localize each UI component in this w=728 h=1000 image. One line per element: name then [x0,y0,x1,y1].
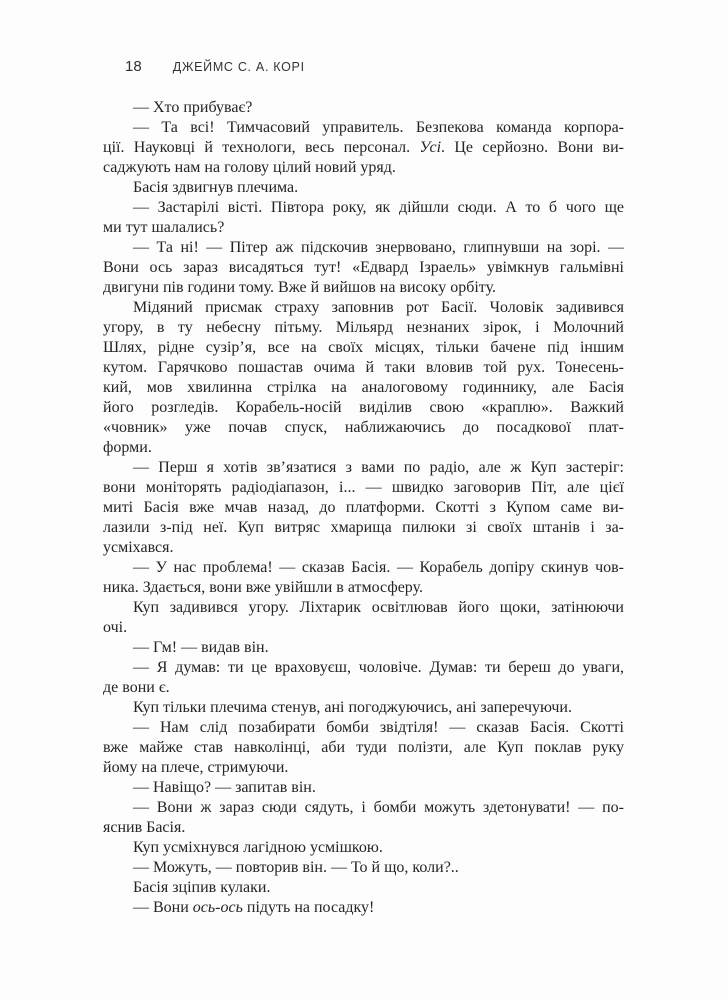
running-head-author: ДЖЕЙМС С. А. КОРІ [173,60,305,74]
page-body: — Хто прибуває?— Та всі! Тимчасовий упра… [103,98,624,918]
text-line: усміхався. [103,538,624,558]
text-line: — У нас проблема! — сказав Басія. — Кора… [103,558,624,578]
text-line: — Перш я хотів зв’язатися з вами по раді… [103,458,624,478]
text-line: — Вони ж зараз сюди сядуть, і бомби можу… [103,798,624,818]
text-line: очі. [103,618,624,638]
text-line: вже майже став навколінці, аби туди полі… [103,738,624,758]
text-line: — Та всі! Тимчасовий управитель. Безпеко… [103,118,624,138]
text-line: Куп задивився угору. Ліхтарик освітлював… [103,598,624,618]
text-line: ції. Науковці й технологи, весь персонал… [103,138,624,158]
text-line: — Я думав: ти це враховуєш, чоловіче. Ду… [103,658,624,678]
text-line: ника. Здається, вони вже увійшли в атмос… [103,578,624,598]
text-line: «човник» уже почав спуск, наближаючись д… [103,418,624,438]
text-line: його розгледів. Корабель-носій виділив с… [103,398,624,418]
text-line: — Нам слід позабирати бомби звідтіля! — … [103,718,624,738]
text-line: — Гм! — видав він. [103,638,624,658]
text-line: кий, мов хвилинна стрілка на аналоговому… [103,378,624,398]
text-line: — Вони ось-ось підуть на посадку! [103,898,624,918]
text-line: — Можуть, — повторив він. — То й що, кол… [103,858,624,878]
text-line: саджують нам на голову цілий новий уряд. [103,158,624,178]
text-line: йому на плече, стримуючи. [103,758,624,778]
text-line: двигуни пів години тому. Вже й вийшов на… [103,278,624,298]
text-line: угору, в ту небесну пітьму. Мільярд незн… [103,318,624,338]
page-header: 18 ДЖЕЙМС С. А. КОРІ [125,59,645,77]
text-line: вони моніторять радіодіапазон, і... — шв… [103,478,624,498]
text-line: Басія зціпив кулаки. [103,878,624,898]
text-line: Куп усміхнувся лагідною усмішкою. [103,838,624,858]
text-line: — Навіщо? — запитав він. [103,778,624,798]
text-line: де вони є. [103,678,624,698]
text-line: — Та ні! — Пітер аж підскочив знервовано… [103,238,624,258]
page-number: 18 [125,59,142,75]
text-line: кутом. Гарячково пошастав очима й таки в… [103,358,624,378]
text-line: миті Басія вже мчав назад, до платформи.… [103,498,624,518]
text-line: Басія здвигнув плечима. [103,178,624,198]
text-line: Шлях, рідне сузір’я, все на своїх місцях… [103,338,624,358]
text-line: Вони ось зараз висадяться тут! «Едвард І… [103,258,624,278]
book-page: 18 ДЖЕЙМС С. А. КОРІ — Хто прибуває?— Та… [0,0,728,1000]
text-line: Куп тільки плечима стенув, ані погоджуюч… [103,698,624,718]
text-line: форми. [103,438,624,458]
text-line: яснив Басія. [103,818,624,838]
text-line: — Застарілі вісті. Півтора року, як дійш… [103,198,624,218]
text-line: — Хто прибуває? [103,98,624,118]
text-line: ми тут шалались? [103,218,624,238]
text-line: лазили з-під неї. Куп витряс хмарища пил… [103,518,624,538]
text-line: Мідяний присмак страху заповнив рот Басі… [103,298,624,318]
